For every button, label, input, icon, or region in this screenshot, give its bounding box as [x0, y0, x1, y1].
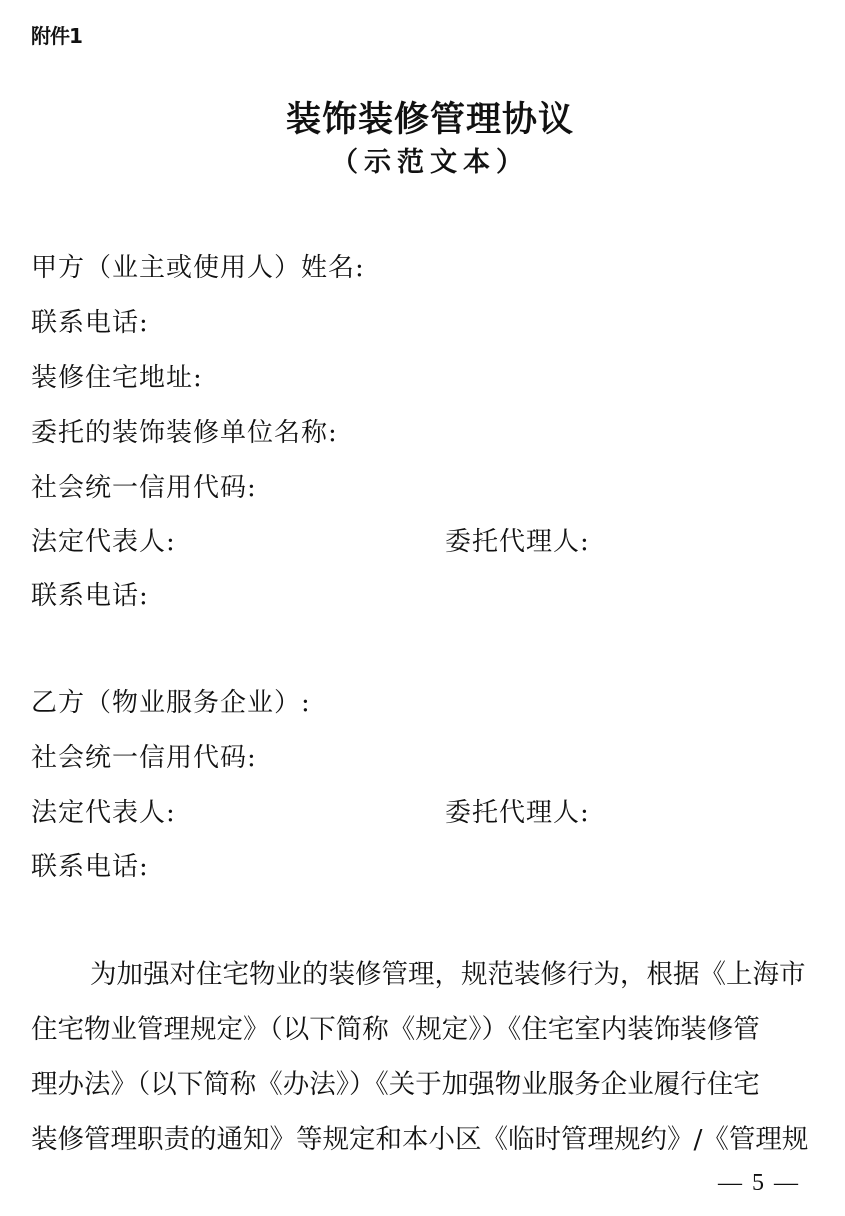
paragraph-line: 为加强对住宅物业的装修管理，规范装修行为，根据《上海市	[90, 960, 820, 990]
party-a-agent-label: 委托代理人:	[445, 527, 590, 557]
party-a-contractor-label: 委托的装饰装修单位名称:	[31, 418, 338, 448]
document-title: 装饰装修管理协议	[0, 92, 845, 142]
party-b-name-label: 乙方（物业服务企业）:	[31, 688, 311, 718]
party-b-agent-label: 委托代理人:	[445, 798, 590, 828]
attachment-label: 附件1	[31, 20, 82, 49]
party-b-legal-rep-label: 法定代表人:	[31, 798, 176, 828]
paragraph-line: 住宅物业管理规定》（以下简称《规定》）《住宅室内装饰装修管	[31, 1015, 821, 1045]
party-a-name-label: 甲方（业主或使用人）姓名:	[31, 253, 365, 283]
party-a-credit-code-label: 社会统一信用代码:	[31, 473, 257, 503]
document-subtitle: （示范文本）	[0, 140, 845, 179]
party-b-contact-phone-label: 联系电话:	[31, 852, 149, 882]
paragraph-line: 装修管理职责的通知》等规定和本小区《临时管理规约》/《管理规	[31, 1125, 821, 1155]
party-a-contact-phone-label: 联系电话:	[31, 581, 149, 611]
party-a-address-label: 装修住宅地址:	[31, 363, 203, 393]
party-a-legal-rep-label: 法定代表人:	[31, 527, 176, 557]
page-number: — 5 —	[718, 1170, 800, 1197]
paragraph-line: 理办法》（以下简称《办法》）《关于加强物业服务企业履行住宅	[31, 1070, 821, 1100]
party-a-phone-label: 联系电话:	[31, 308, 149, 338]
party-b-credit-code-label: 社会统一信用代码:	[31, 743, 257, 773]
